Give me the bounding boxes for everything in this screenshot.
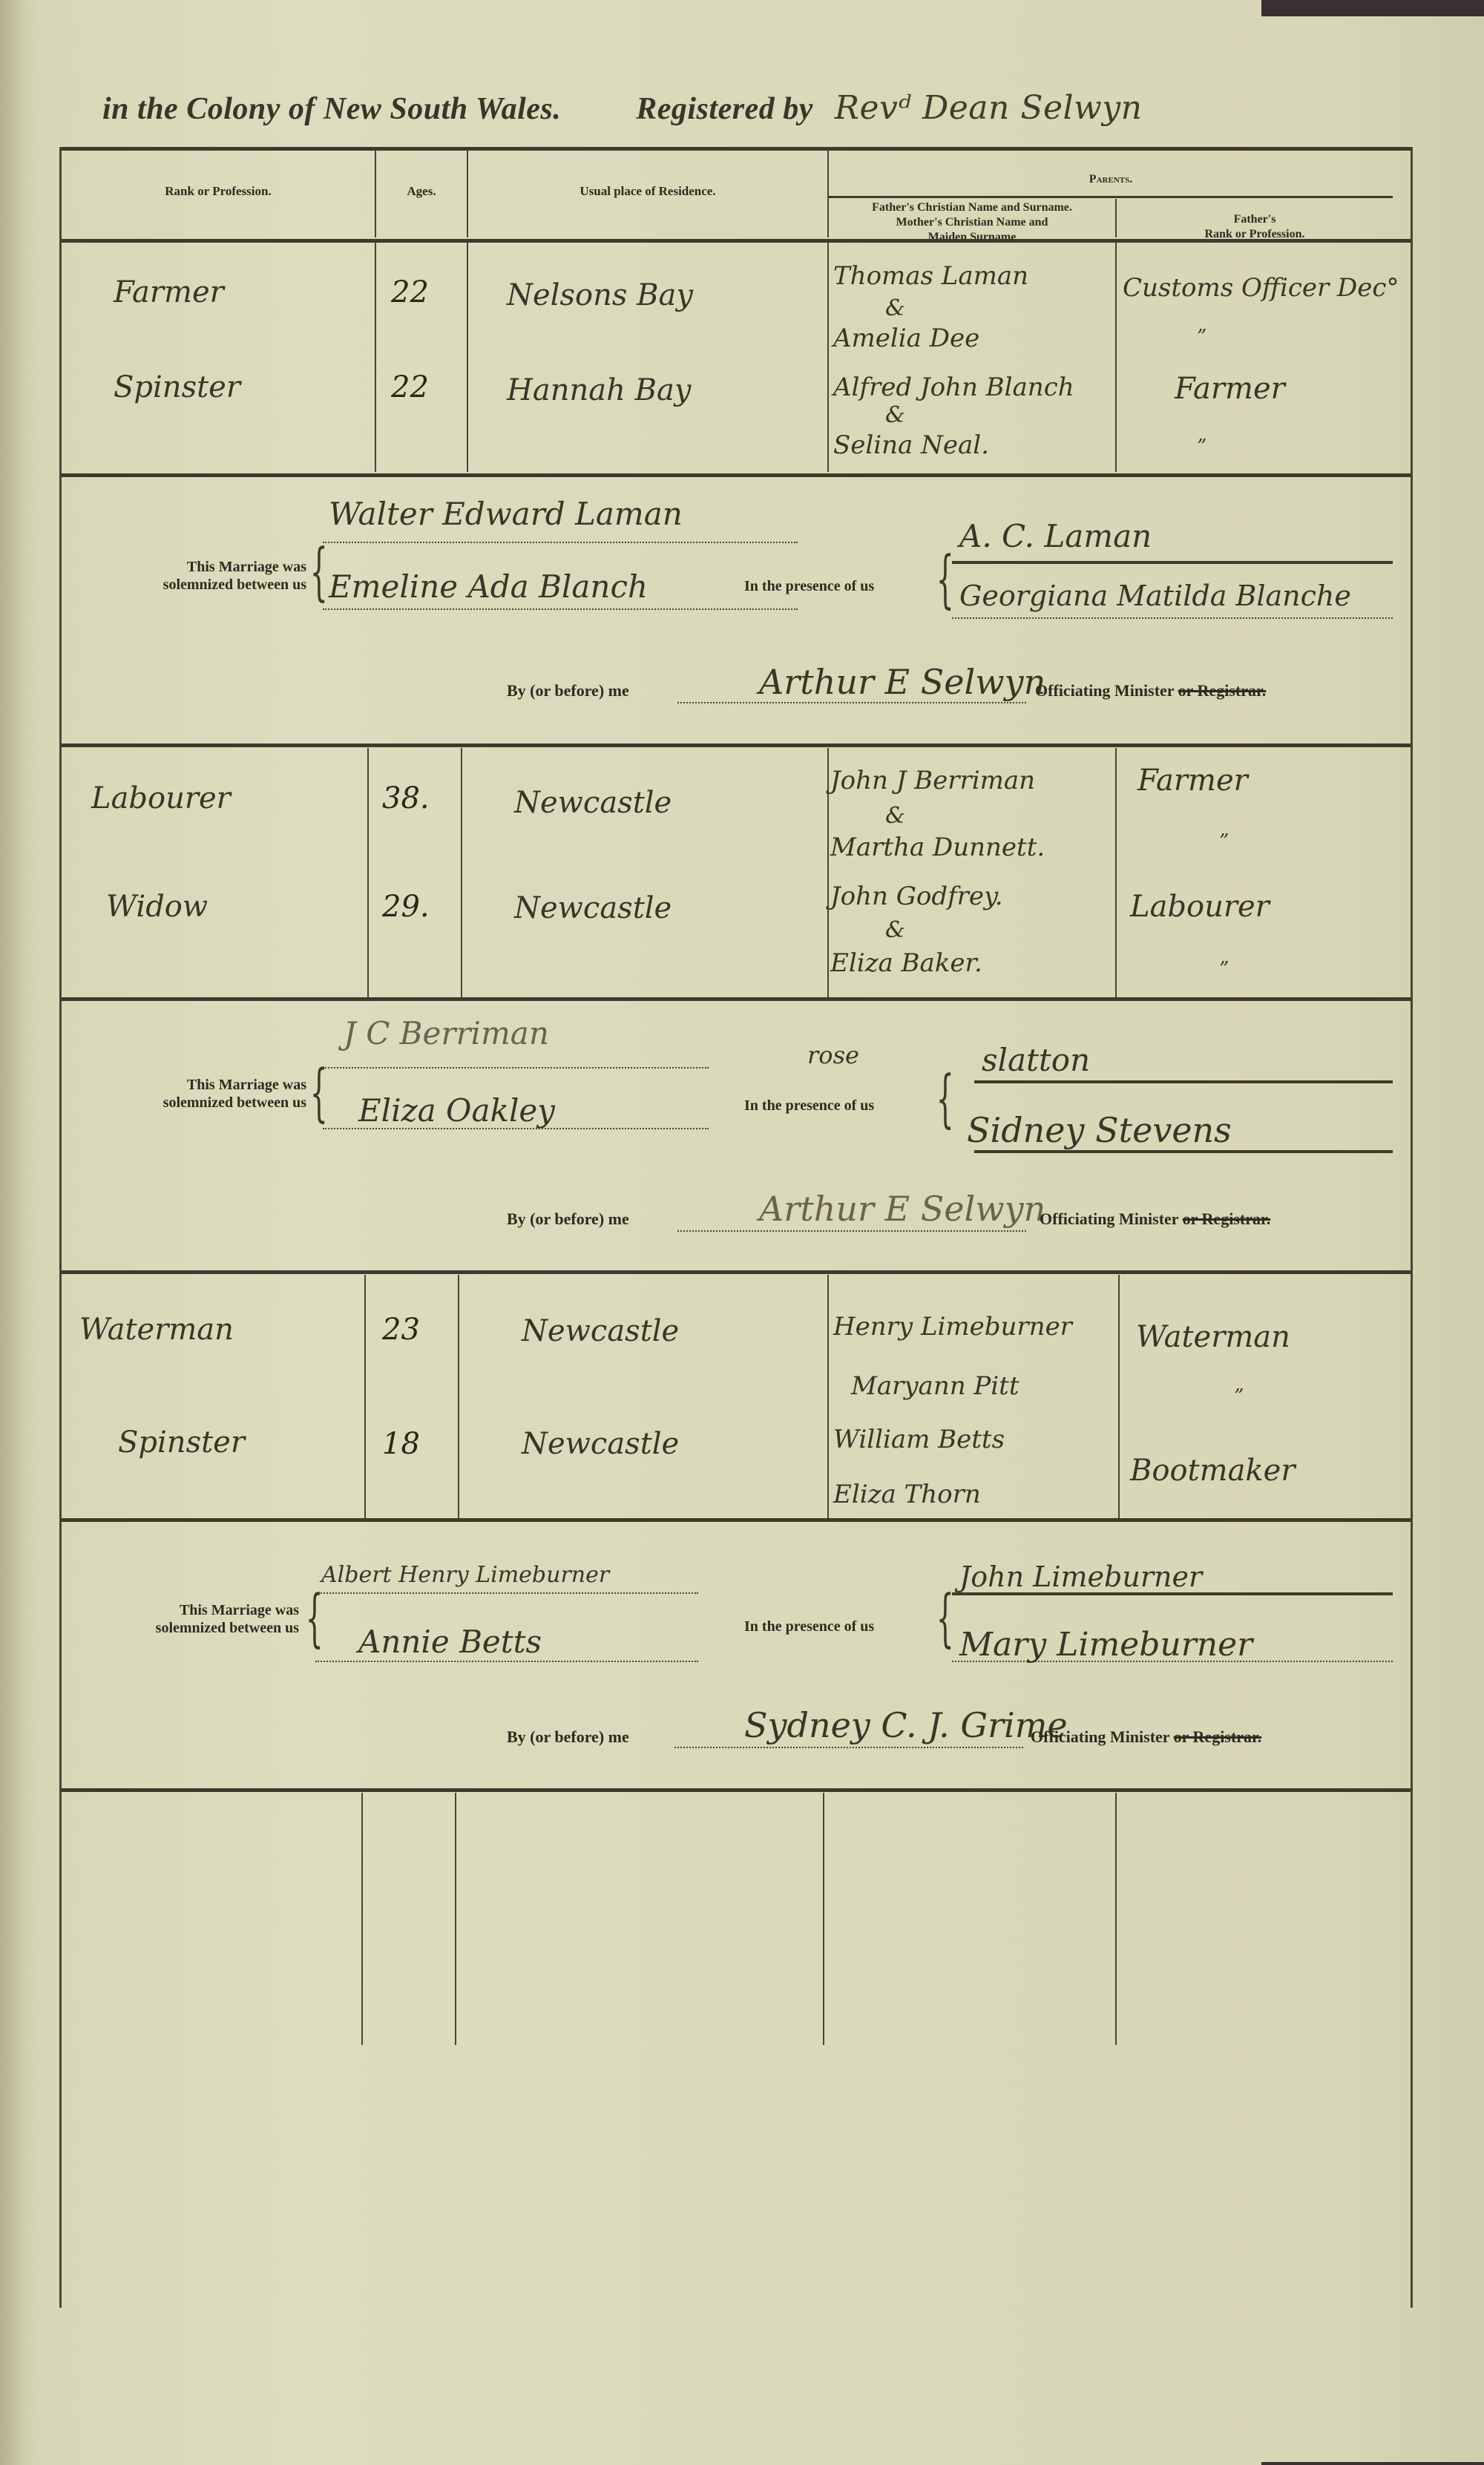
minister-signature: Sydney C. J. Grime bbox=[744, 1705, 1068, 1745]
witness1-signature: slatton bbox=[982, 1042, 1090, 1079]
groom-father: Thomas Laman bbox=[833, 258, 1028, 294]
brace-icon: { bbox=[310, 540, 328, 603]
bride-residence: Hannah Bay bbox=[507, 372, 691, 408]
col-divider bbox=[461, 748, 462, 997]
col-divider bbox=[455, 1793, 456, 2045]
groom-father-rank: Customs Officer Dec° bbox=[1123, 270, 1399, 306]
signature-line bbox=[677, 702, 1026, 703]
bride-rank: Spinster bbox=[118, 1425, 245, 1460]
witness-note: rose bbox=[807, 1037, 859, 1073]
header-residence: Usual place of Residence. bbox=[468, 184, 827, 199]
header-parent-names-line2: Mother's Christian Name and bbox=[829, 215, 1115, 230]
signature-line bbox=[677, 1230, 1026, 1232]
groom-rank: Waterman bbox=[79, 1312, 234, 1348]
marriage-label: This Marriage was solemnized between us bbox=[62, 558, 306, 594]
bride-father: William Betts bbox=[833, 1422, 1005, 1457]
witness2-signature: Sidney Stevens bbox=[967, 1112, 1232, 1149]
brace-icon: { bbox=[310, 1061, 328, 1123]
officiating-minister-label: Officiating Minister or Registrar. bbox=[1040, 1209, 1270, 1229]
bride-signature: Emeline Ada Blanch bbox=[329, 568, 648, 605]
presence-label: In the presence of us bbox=[744, 1618, 937, 1635]
marriage-register-form: Rank or Profession. Ages. Usual place of… bbox=[59, 147, 1413, 2308]
marriage-label-line1: This Marriage was bbox=[62, 1076, 306, 1094]
officiating-text: Officiating Minister bbox=[1035, 681, 1174, 700]
registered-by-label: Registered by bbox=[636, 92, 813, 126]
entry-rule bbox=[62, 1270, 1411, 1274]
witness2-signature: Mary Limeburner bbox=[959, 1627, 1252, 1664]
bride-rank: Spinster bbox=[114, 370, 240, 405]
bride-father-rank: Farmer bbox=[1175, 371, 1285, 407]
registrar-struck-text: or Registrar. bbox=[1183, 1209, 1271, 1228]
by-before-me-label: By (or before) me bbox=[507, 1727, 629, 1747]
col-divider bbox=[375, 242, 376, 472]
header-father-rank: Father's Rank or Profession. bbox=[1117, 212, 1393, 242]
col-divider bbox=[458, 1275, 459, 1518]
bride-residence: Newcastle bbox=[522, 1426, 679, 1462]
col-divider bbox=[827, 1275, 829, 1518]
groom-residence: Newcastle bbox=[514, 785, 672, 821]
bride-father: John Godfrey. bbox=[830, 879, 1003, 914]
signature-line bbox=[674, 1747, 1023, 1748]
marriage-label-line1: This Marriage was bbox=[62, 1601, 299, 1619]
header-top-rule bbox=[62, 147, 1411, 151]
witness1-signature: A. C. Laman bbox=[959, 518, 1152, 555]
ditto-mark: ” bbox=[1197, 319, 1206, 355]
col-divider bbox=[1115, 1793, 1117, 2045]
col-divider bbox=[361, 1793, 363, 2045]
bride-age: 18 bbox=[382, 1426, 420, 1462]
marriage-label: This Marriage was solemnized between us bbox=[62, 1601, 299, 1637]
signature-line bbox=[952, 561, 1393, 564]
bride-father-rank: Bootmaker bbox=[1130, 1453, 1295, 1488]
brace-icon: { bbox=[936, 1067, 954, 1129]
entry-rule bbox=[62, 744, 1411, 747]
entry-rule bbox=[62, 473, 1411, 477]
groom-mother: Martha Dunnett. bbox=[830, 830, 1045, 865]
page-edge-top bbox=[1261, 0, 1484, 16]
signature-line bbox=[315, 1661, 698, 1662]
entry-rule bbox=[62, 997, 1411, 1001]
marriage-label-line2: solemnized between us bbox=[62, 1619, 299, 1637]
col-divider bbox=[1118, 1275, 1120, 1518]
minister-signature: Arthur E Selwyn bbox=[759, 662, 1045, 702]
groom-mother: Amelia Dee bbox=[833, 321, 979, 356]
brace-icon: { bbox=[306, 1586, 324, 1649]
col-divider bbox=[367, 748, 369, 997]
groom-rank: Labourer bbox=[91, 781, 231, 816]
by-before-me-label: By (or before) me bbox=[507, 1209, 629, 1229]
header-parent-names-line3: Maiden Surname bbox=[829, 230, 1115, 245]
officiating-text: Officiating Minister bbox=[1031, 1727, 1169, 1746]
bride-age: 22 bbox=[391, 370, 429, 405]
signature-line bbox=[952, 617, 1393, 619]
ditto-mark: ” bbox=[1197, 429, 1206, 465]
signature-line bbox=[952, 1661, 1393, 1662]
groom-age: 22 bbox=[391, 275, 429, 310]
signature-line bbox=[952, 1592, 1393, 1595]
groom-residence: Newcastle bbox=[522, 1313, 679, 1349]
witness1-signature: John Limeburner bbox=[959, 1558, 1202, 1595]
bride-father: Alfred John Blanch bbox=[833, 370, 1074, 405]
groom-signature: Walter Edward Laman bbox=[329, 496, 683, 533]
brace-icon: { bbox=[936, 1586, 954, 1649]
marriage-label: This Marriage was solemnized between us bbox=[62, 1076, 306, 1112]
signature-line bbox=[323, 542, 798, 543]
signature-line bbox=[323, 608, 798, 610]
brace-icon: { bbox=[936, 548, 954, 610]
page-heading: in the Colony of New South Wales. Regist… bbox=[102, 89, 1142, 127]
signature-line bbox=[974, 1080, 1393, 1083]
marriage-label-line1: This Marriage was bbox=[62, 558, 306, 576]
parents-subrule bbox=[829, 196, 1393, 198]
bride-residence: Newcastle bbox=[514, 890, 672, 926]
ampersand: & bbox=[885, 913, 905, 948]
signature-line bbox=[974, 1150, 1393, 1153]
by-prefix-text: By (or before) me bbox=[507, 1209, 629, 1228]
groom-residence: Nelsons Bay bbox=[507, 278, 693, 313]
presence-label: In the presence of us bbox=[744, 1097, 937, 1115]
ditto-mark: ” bbox=[1234, 1379, 1244, 1414]
groom-father-rank: Farmer bbox=[1137, 763, 1248, 798]
page-edge-bottom bbox=[1261, 2462, 1484, 2465]
groom-father-rank: Waterman bbox=[1136, 1319, 1290, 1355]
officiating-minister-label: Officiating Minister or Registrar. bbox=[1035, 681, 1266, 700]
ampersand: & bbox=[885, 798, 905, 834]
colony-heading: in the Colony of New South Wales. bbox=[102, 92, 561, 126]
bride-mother: Eliza Thorn bbox=[833, 1477, 981, 1512]
col-divider bbox=[1115, 242, 1117, 472]
groom-signature: J C Berriman bbox=[344, 1015, 549, 1052]
bride-mother: Eliza Baker. bbox=[830, 945, 982, 981]
entry-rule bbox=[62, 1788, 1411, 1792]
bride-rank: Widow bbox=[106, 889, 208, 925]
header-parent-names: Father's Christian Name and Surname. Mot… bbox=[829, 200, 1115, 245]
officiating-minister-label: Officiating Minister or Registrar. bbox=[1031, 1727, 1261, 1747]
header-parent-names-line1: Father's Christian Name and Surname. bbox=[829, 200, 1115, 215]
col-divider bbox=[364, 1275, 366, 1518]
registered-by-value: Revᵈ Dean Selwyn bbox=[835, 89, 1143, 127]
by-before-me-label: By (or before) me bbox=[507, 681, 629, 700]
bride-signature: Annie Betts bbox=[358, 1624, 542, 1661]
groom-age: 23 bbox=[382, 1312, 420, 1348]
bride-mother: Selina Neal. bbox=[833, 427, 989, 463]
ditto-mark: ” bbox=[1219, 824, 1229, 859]
ditto-mark: ” bbox=[1219, 951, 1229, 987]
header-bottom-rule bbox=[62, 239, 1411, 243]
col-divider bbox=[467, 242, 468, 472]
col-divider bbox=[827, 748, 829, 997]
groom-mother: Maryann Pitt bbox=[851, 1368, 1020, 1404]
header-rank: Rank or Profession. bbox=[62, 184, 375, 199]
marriage-label-line2: solemnized between us bbox=[62, 576, 306, 594]
col-divider bbox=[823, 1793, 824, 2045]
groom-rank: Farmer bbox=[114, 275, 224, 310]
header-parents: Parents. bbox=[829, 172, 1393, 187]
header-father-rank-line1: Father's bbox=[1117, 212, 1393, 227]
groom-signature: Albert Henry Limeburner bbox=[321, 1557, 609, 1594]
col-divider bbox=[1115, 748, 1117, 997]
book-binding-shadow bbox=[0, 0, 30, 2465]
bride-father-rank: Labourer bbox=[1130, 889, 1270, 925]
groom-age: 38. bbox=[382, 781, 430, 816]
marriage-label-line2: solemnized between us bbox=[62, 1094, 306, 1112]
header-ages: Ages. bbox=[376, 184, 467, 199]
signature-line bbox=[323, 1067, 709, 1069]
minister-signature: Arthur E Selwyn bbox=[759, 1189, 1045, 1229]
bride-signature: Eliza Oakley bbox=[358, 1092, 555, 1129]
registrar-struck-text: or Registrar. bbox=[1178, 681, 1267, 700]
col-divider bbox=[827, 242, 829, 472]
witness2-signature: Georgiana Matilda Blanche bbox=[959, 577, 1351, 614]
groom-father: Henry Limeburner bbox=[833, 1309, 1072, 1345]
signature-line bbox=[323, 1128, 709, 1129]
officiating-text: Officiating Minister bbox=[1040, 1209, 1178, 1228]
groom-father: John J Berriman bbox=[830, 763, 1035, 798]
presence-label: In the presence of us bbox=[744, 577, 937, 595]
bride-age: 29. bbox=[382, 889, 430, 925]
entry-rule bbox=[62, 1518, 1411, 1522]
signature-line bbox=[315, 1592, 698, 1594]
registrar-struck-text: or Registrar. bbox=[1174, 1727, 1262, 1746]
